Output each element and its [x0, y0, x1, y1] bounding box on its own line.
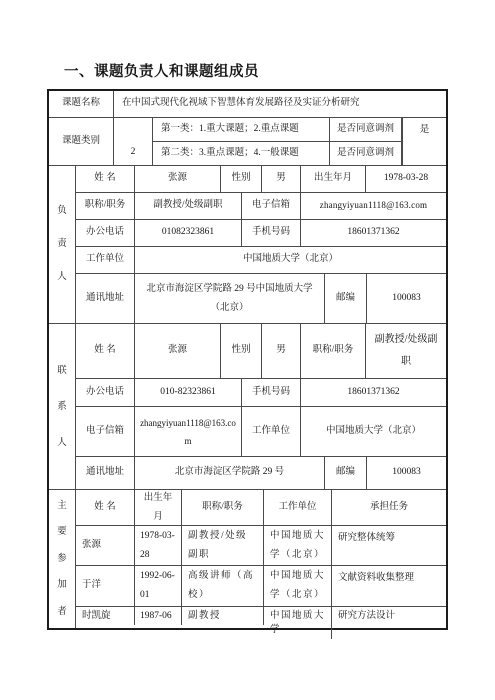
leader-mobile-label: 手机号码 — [242, 220, 301, 246]
participant-task: 研究方法设计 — [332, 607, 446, 625]
topic-class-stack: 第一类：1.重大课题；2.重点课题 是否同意调剂 第二类：3.重点课题；4.一般… — [153, 118, 402, 165]
participants-section: 主 要 参 加 者 姓 名 出生年月 职称/职务 工作单位 承担任务 张源 19… — [49, 490, 446, 628]
contact-email-label: 电子信箱 — [76, 407, 135, 456]
leader-section: 负 责 人 姓 名 张源 性别 男 出生年月 1978-03-28 职称/职务 … — [49, 166, 446, 324]
contact-section-label: 联 系 人 — [49, 324, 76, 489]
leader-birth-value: 1978-03-28 — [366, 166, 446, 192]
leader-email-value: zhangyiyuan1118@163.com — [301, 193, 446, 219]
participant-birth: 1992-06-01 — [135, 566, 182, 606]
participants-section-label: 主 要 参 加 者 — [49, 490, 76, 628]
leader-zip-label: 邮编 — [325, 274, 367, 323]
project-member-table: 课题名称 在中国式现代化视域下智慧体育发展路径及实证分析研究 课题类别 2 第一… — [47, 89, 448, 630]
leader-title-row: 职称/职务 副教授/处级副职 电子信箱 zhangyiyuan1118@163.… — [76, 193, 446, 220]
contact-email-value: zhangyiyuan1118@163.com — [135, 407, 242, 456]
adjust-label-2: 是否同意调剂 — [330, 142, 401, 165]
leader-gender-value: 男 — [262, 166, 301, 192]
leader-org-value: 中国地质大学（北京） — [135, 247, 446, 273]
topic-name-value: 在中国式现代化视域下智慧体育发展路径及实证分析研究 — [114, 91, 446, 117]
topic-name-label: 课题名称 — [49, 91, 114, 117]
participant-birth: 1987-06 — [135, 607, 182, 625]
page-title: 一、课题负责人和课题组成员 — [64, 60, 259, 81]
participant-title: 副教授/处级副职 — [182, 526, 264, 565]
contact-org-value: 中国地质大学（北京） — [301, 407, 446, 456]
participant-task: 研究整体统筹 — [332, 526, 446, 565]
adjust-value: 是 — [402, 118, 446, 165]
participant-org: 中国地质大学 — [264, 607, 332, 639]
participant-birth: 1978-03-28 — [135, 526, 182, 565]
leader-office-value: 01082323861 — [135, 220, 242, 246]
contact-address-label: 通讯地址 — [76, 457, 135, 489]
leader-title-value: 副教授/处级副职 — [135, 193, 242, 219]
participants-header-org: 工作单位 — [264, 490, 332, 525]
contact-gender-value: 男 — [262, 324, 301, 378]
participants-header-task: 承担任务 — [332, 490, 446, 525]
topic-class2-text: 第二类：3.重点课题；4.一般课题 — [153, 142, 330, 165]
contact-address-row: 通讯地址 北京市海淀区学院路 29 号 邮编 100083 — [76, 457, 446, 489]
participants-header-birth: 出生年月 — [135, 490, 182, 525]
topic-name-row: 课题名称 在中国式现代化视域下智慧体育发展路径及实证分析研究 — [49, 91, 446, 118]
leader-name-value: 张源 — [135, 166, 221, 192]
contact-gender-label: 性别 — [221, 324, 262, 378]
participant-title: 高级讲师（高校） — [182, 566, 264, 606]
participant-row: 于洋 1992-06-01 高级讲师（高校） 中国地质大学（北京） 文献资料收集… — [76, 566, 446, 607]
contact-section: 联 系 人 姓 名 张源 性别 男 职称/职务 副教授/处级副职 办公电话 01… — [49, 324, 446, 490]
leader-address-value: 北京市海淀区学院路 29 号中国地质大学（北京） — [135, 274, 325, 323]
leader-address-label: 通讯地址 — [76, 274, 135, 323]
contact-office-value: 010-82323861 — [135, 379, 242, 406]
topic-category-label: 课题类别 — [49, 118, 114, 165]
topic-category-row: 课题类别 2 第一类：1.重大课题；2.重点课题 是否同意调剂 第二类：3.重点… — [49, 118, 446, 166]
topic-class2-row: 第二类：3.重点课题；4.一般课题 是否同意调剂 — [153, 142, 401, 165]
leader-office-label: 办公电话 — [76, 220, 135, 246]
form-page: 一、课题负责人和课题组成员 课题名称 在中国式现代化视域下智慧体育发展路径及实证… — [0, 0, 495, 700]
participant-row: 张源 1978-03-28 副教授/处级副职 中国地质大学（北京） 研究整体统筹 — [76, 526, 446, 566]
participants-header-row: 姓 名 出生年月 职称/职务 工作单位 承担任务 — [76, 490, 446, 526]
leader-org-row: 工作单位 中国地质大学（北京） — [76, 247, 446, 274]
participants-header-title: 职称/职务 — [182, 490, 264, 525]
participant-name: 时凯旋 — [76, 607, 135, 625]
participant-name: 于洋 — [76, 566, 135, 606]
participant-name: 张源 — [76, 526, 135, 565]
leader-gender-label: 性别 — [221, 166, 262, 192]
participant-org: 中国地质大学（北京） — [264, 566, 332, 606]
participant-task: 文献资料收集整理 — [332, 566, 446, 606]
contact-mobile-label: 手机号码 — [242, 379, 301, 406]
contact-zip-label: 邮编 — [325, 457, 367, 489]
topic-class1-text: 第一类：1.重大课题；2.重点课题 — [153, 118, 330, 141]
leader-mobile-value: 18601371362 — [301, 220, 446, 246]
leader-title-label: 职称/职务 — [76, 193, 135, 219]
participant-org: 中国地质大学（北京） — [264, 526, 332, 565]
leader-zip-value: 100083 — [367, 274, 446, 323]
leader-name-label: 姓 名 — [76, 166, 135, 192]
contact-name-label: 姓 名 — [76, 324, 135, 378]
topic-category-value: 2 — [114, 118, 153, 165]
contact-org-label: 工作单位 — [242, 407, 301, 456]
leader-address-row: 通讯地址 北京市海淀区学院路 29 号中国地质大学（北京） 邮编 100083 — [76, 274, 446, 323]
leader-section-label: 负 责 人 — [49, 166, 76, 323]
topic-class1-row: 第一类：1.重大课题；2.重点课题 是否同意调剂 — [153, 118, 401, 142]
leader-org-label: 工作单位 — [76, 247, 135, 273]
contact-office-label: 办公电话 — [76, 379, 135, 406]
leader-email-label: 电子信箱 — [242, 193, 301, 219]
participants-header-name: 姓 名 — [76, 490, 135, 525]
contact-name-value: 张源 — [135, 324, 221, 378]
contact-zip-value: 100083 — [367, 457, 446, 489]
adjust-label-1: 是否同意调剂 — [330, 118, 401, 141]
participant-row: 时凯旋 1987-06 副教授 中国地质大学 研究方法设计 — [76, 607, 446, 628]
contact-email-row: 电子信箱 zhangyiyuan1118@163.com 工作单位 中国地质大学… — [76, 407, 446, 457]
contact-name-row: 姓 名 张源 性别 男 职称/职务 副教授/处级副职 — [76, 324, 446, 379]
contact-mobile-value: 18601371362 — [301, 379, 446, 406]
leader-birth-label: 出生年月 — [301, 166, 366, 192]
leader-phone-row: 办公电话 01082323861 手机号码 18601371362 — [76, 220, 446, 247]
contact-address-value: 北京市海淀区学院路 29 号 — [135, 457, 325, 489]
contact-title-label: 职称/职务 — [301, 324, 366, 378]
leader-name-row: 姓 名 张源 性别 男 出生年月 1978-03-28 — [76, 166, 446, 193]
contact-phone-row: 办公电话 010-82323861 手机号码 18601371362 — [76, 379, 446, 407]
participant-title: 副教授 — [182, 607, 264, 625]
contact-title-value: 副教授/处级副职 — [366, 324, 446, 378]
